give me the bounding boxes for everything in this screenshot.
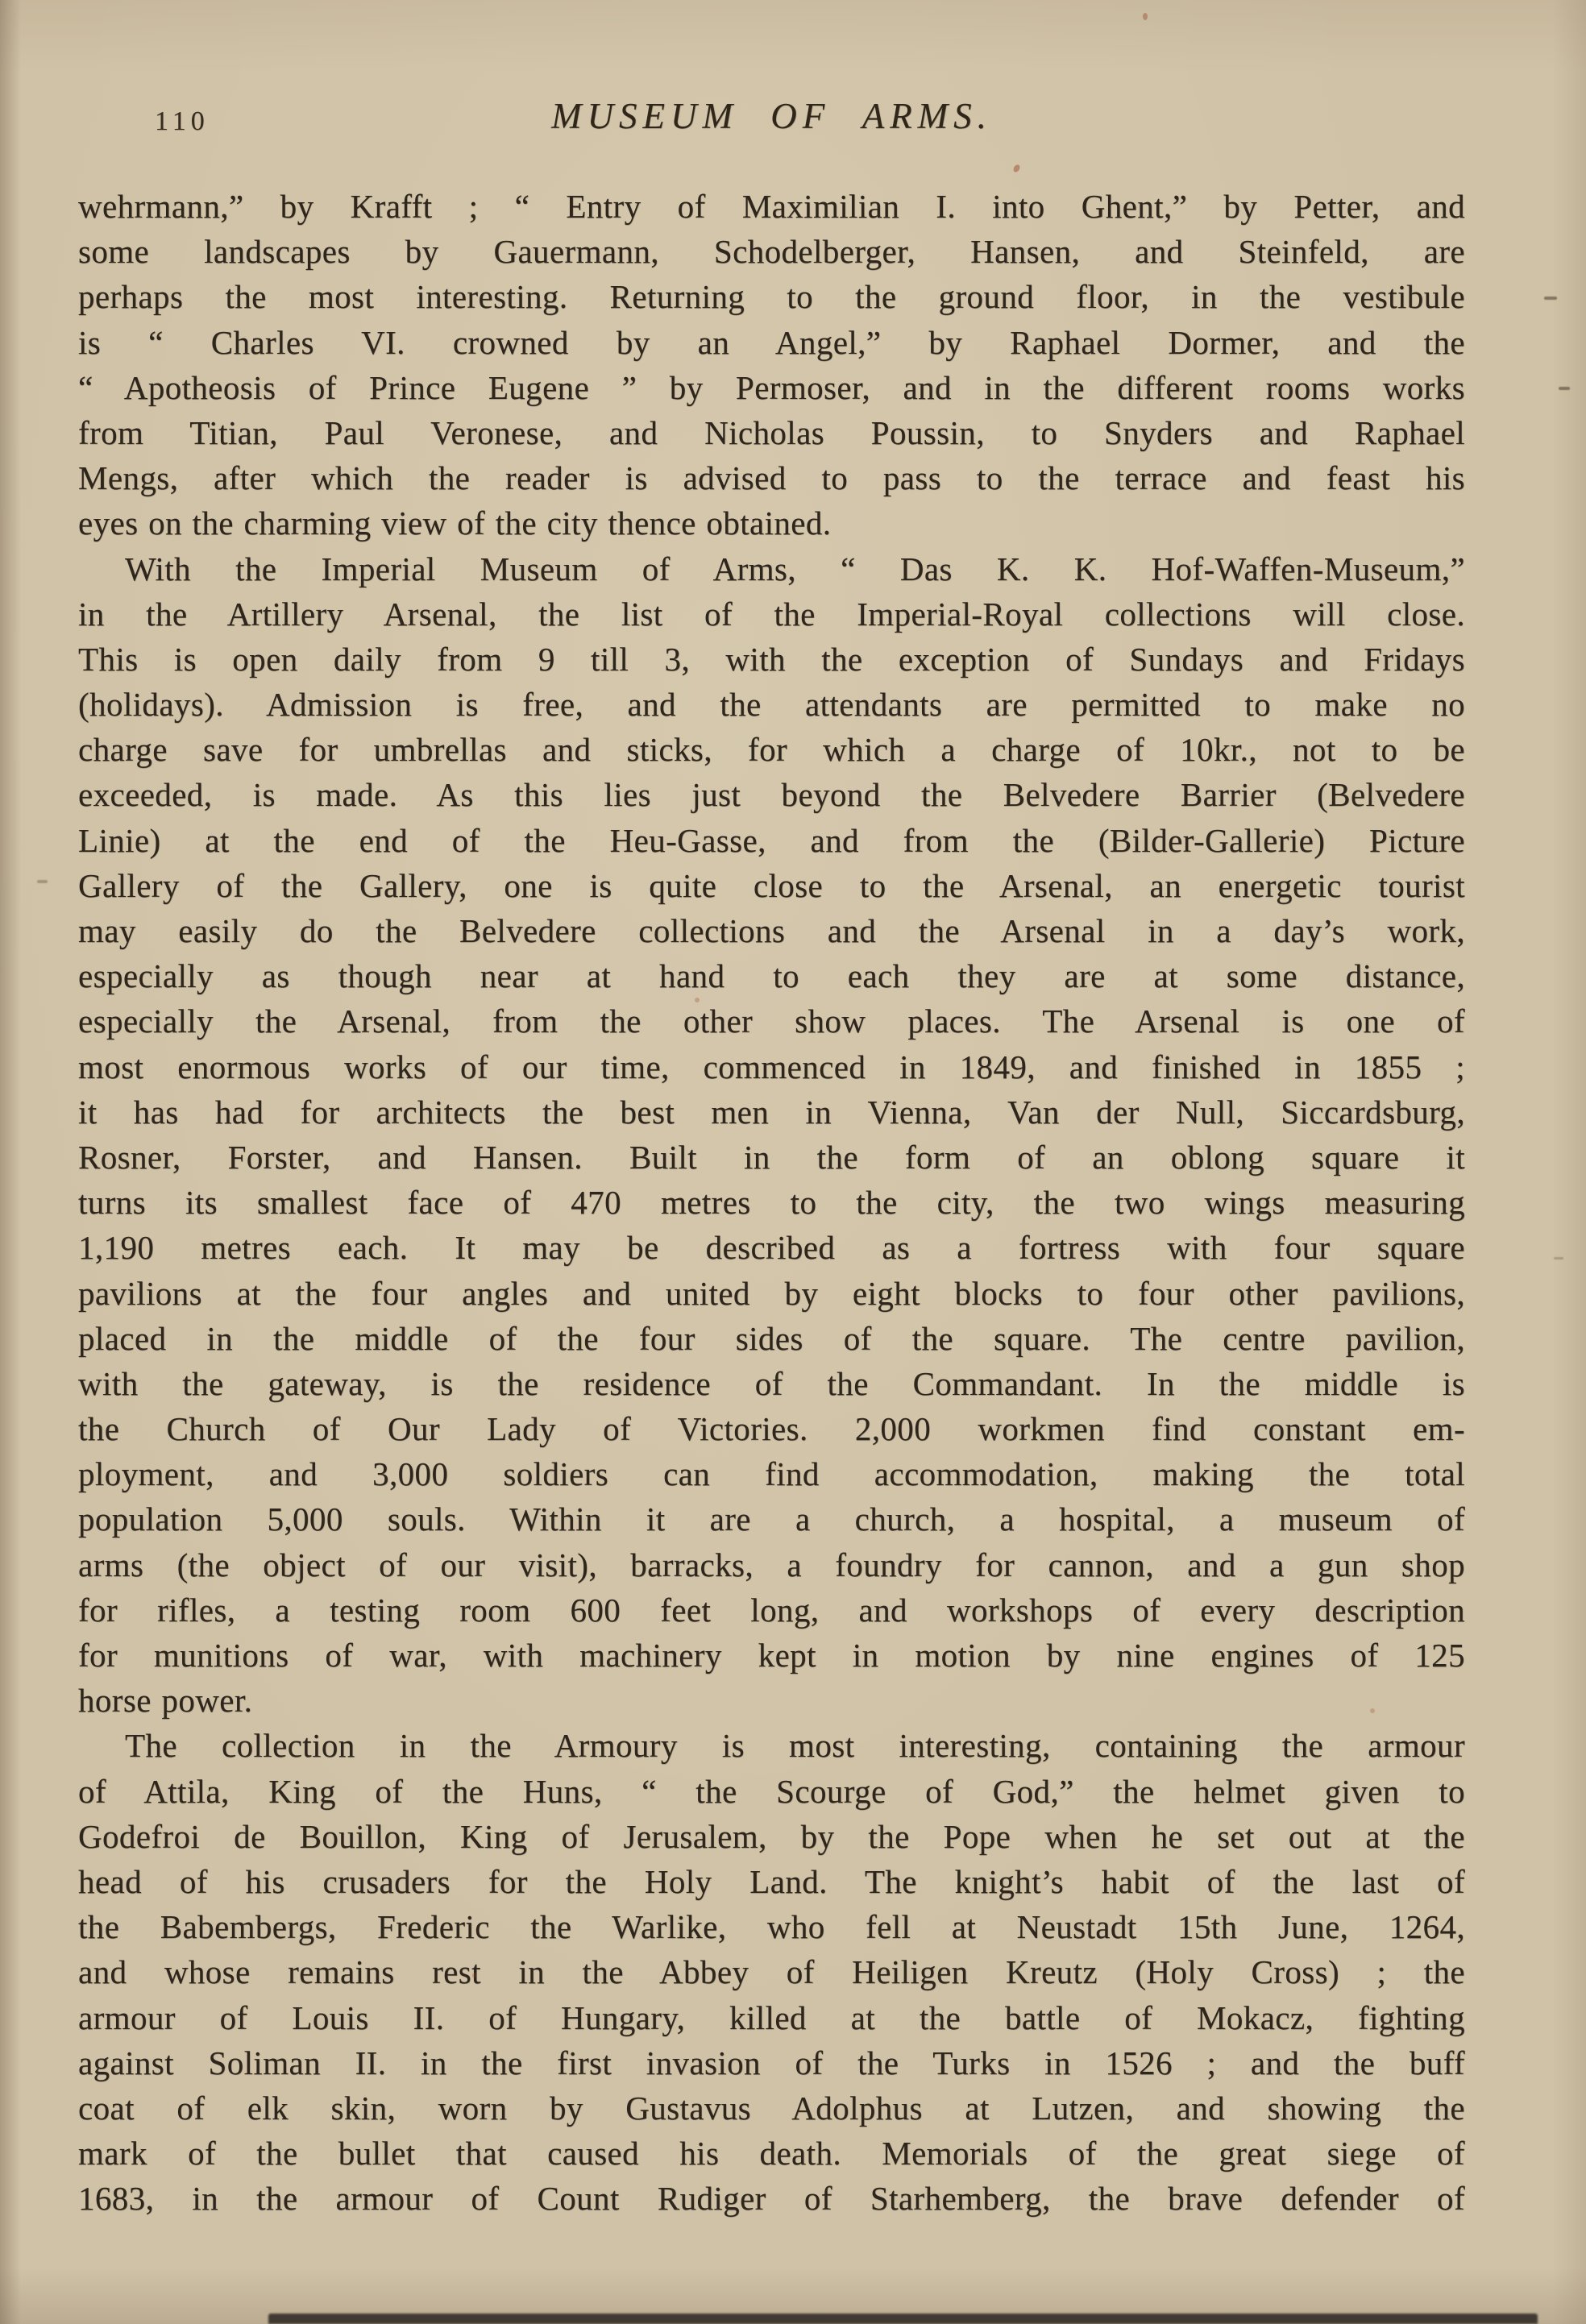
text-line: With the Imperial Museum of Arms, “ Das …: [78, 546, 1465, 591]
text-line: for rifles, a testing room 600 feet long…: [78, 1587, 1465, 1633]
text-line: coat of elk skin, worn by Gustavus Adolp…: [78, 2085, 1465, 2131]
text-line: especially as though near at hand to eac…: [78, 953, 1465, 998]
text-line: is “ Charles VI. crowned by an Angel,” b…: [78, 320, 1465, 365]
paragraph-continued: wehrmann,” by Krafft ; “ Entry of Maximi…: [78, 184, 1465, 546]
text-line: against Soliman II. in the first invasio…: [78, 2040, 1465, 2085]
page-number: 110: [155, 106, 210, 137]
text-line: Mengs, after which the reader is advised…: [78, 455, 1465, 500]
text-line: population 5,000 souls. Within it are a …: [78, 1496, 1465, 1542]
text-line: This is open daily from 9 till 3, with t…: [78, 637, 1465, 682]
text-line: armour of Louis II. of Hungary, killed a…: [78, 1995, 1465, 2040]
text-line: with the gateway, is the residence of th…: [78, 1361, 1465, 1406]
text-line: Linie) at the end of the Heu-Gasse, and …: [78, 818, 1465, 863]
text-line: arms (the object of our visit), barracks…: [78, 1542, 1465, 1587]
text-line: Godefroi de Bouillon, King of Jerusalem,…: [78, 1814, 1465, 1859]
margin-mark: [37, 880, 48, 883]
paper-speck: [695, 998, 700, 1002]
margin-mark: [1554, 1257, 1563, 1260]
text-line: mark of the bullet that caused his death…: [78, 2131, 1465, 2176]
page-body: wehrmann,” by Krafft ; “ Entry of Maximi…: [0, 184, 1586, 2221]
text-line: eyes on the charming view of the city th…: [78, 500, 1465, 546]
paper-speck: [472, 1973, 476, 1978]
running-title: MUSEUM OF ARMS.: [78, 95, 1465, 137]
book-page: 110 MUSEUM OF ARMS. wehrmann,” by Krafft…: [0, 0, 1586, 2324]
text-line: Gallery of the Gallery, one is quite clo…: [78, 863, 1465, 908]
text-line: and whose remains rest in the Abbey of H…: [78, 1949, 1465, 1994]
text-line: charge save for umbrellas and sticks, fo…: [78, 727, 1465, 772]
scan-edge-artifact: [268, 2314, 1538, 2324]
text-line: (holidays). Admission is free, and the a…: [78, 682, 1465, 727]
text-line: perhaps the most interesting. Returning …: [78, 274, 1465, 319]
text-line: some landscapes by Gauermann, Schodelber…: [78, 229, 1465, 274]
text-line: wehrmann,” by Krafft ; “ Entry of Maximi…: [78, 184, 1465, 229]
paragraph-museum-of-arms: With the Imperial Museum of Arms, “ Das …: [78, 546, 1465, 1724]
text-line: The collection in the Armoury is most in…: [78, 1723, 1465, 1768]
text-line: for munitions of war, with machinery kep…: [78, 1633, 1465, 1678]
text-line: the Church of Our Lady of Victories. 2,0…: [78, 1406, 1465, 1451]
page-header: 110 MUSEUM OF ARMS.: [78, 95, 1465, 147]
paper-speck: [1143, 13, 1148, 20]
paragraph-armoury-collection: The collection in the Armoury is most in…: [78, 1723, 1465, 2221]
text-line: exceeded, is made. As this lies just bey…: [78, 772, 1465, 817]
text-line: of Attila, King of the Huns, “ the Scour…: [78, 1769, 1465, 1814]
text-line: horse power.: [78, 1678, 1465, 1723]
paper-speck: [1012, 164, 1021, 173]
text-line: turns its smallest face of 470 metres to…: [78, 1180, 1465, 1225]
text-line: in the Artillery Arsenal, the list of th…: [78, 591, 1465, 637]
text-line: 1,190 metres each. It may be described a…: [78, 1225, 1465, 1270]
text-line: most enormous works of our time, commenc…: [78, 1044, 1465, 1089]
text-line: from Titian, Paul Veronese, and Nicholas…: [78, 410, 1465, 455]
text-line: Rosner, Forster, and Hansen. Built in th…: [78, 1135, 1465, 1180]
text-line: it has had for architects the best men i…: [78, 1089, 1465, 1135]
margin-mark: [1544, 297, 1557, 300]
text-line: placed in the middle of the four sides o…: [78, 1316, 1465, 1361]
text-line: may easily do the Belvedere collections …: [78, 908, 1465, 953]
text-line: 1683, in the armour of Count Rudiger of …: [78, 2176, 1465, 2221]
paper-speck: [1370, 1708, 1375, 1713]
margin-mark: [1559, 387, 1570, 390]
text-line: “ Apotheosis of Prince Eugene ” by Permo…: [78, 365, 1465, 410]
text-line: the Babembergs, Frederic the Warlike, wh…: [78, 1904, 1465, 1949]
text-line: pavilions at the four angles and united …: [78, 1271, 1465, 1316]
text-line: ployment, and 3,000 soldiers can find ac…: [78, 1451, 1465, 1496]
text-line: especially the Arsenal, from the other s…: [78, 998, 1465, 1044]
text-line: head of his crusaders for the Holy Land.…: [78, 1859, 1465, 1904]
